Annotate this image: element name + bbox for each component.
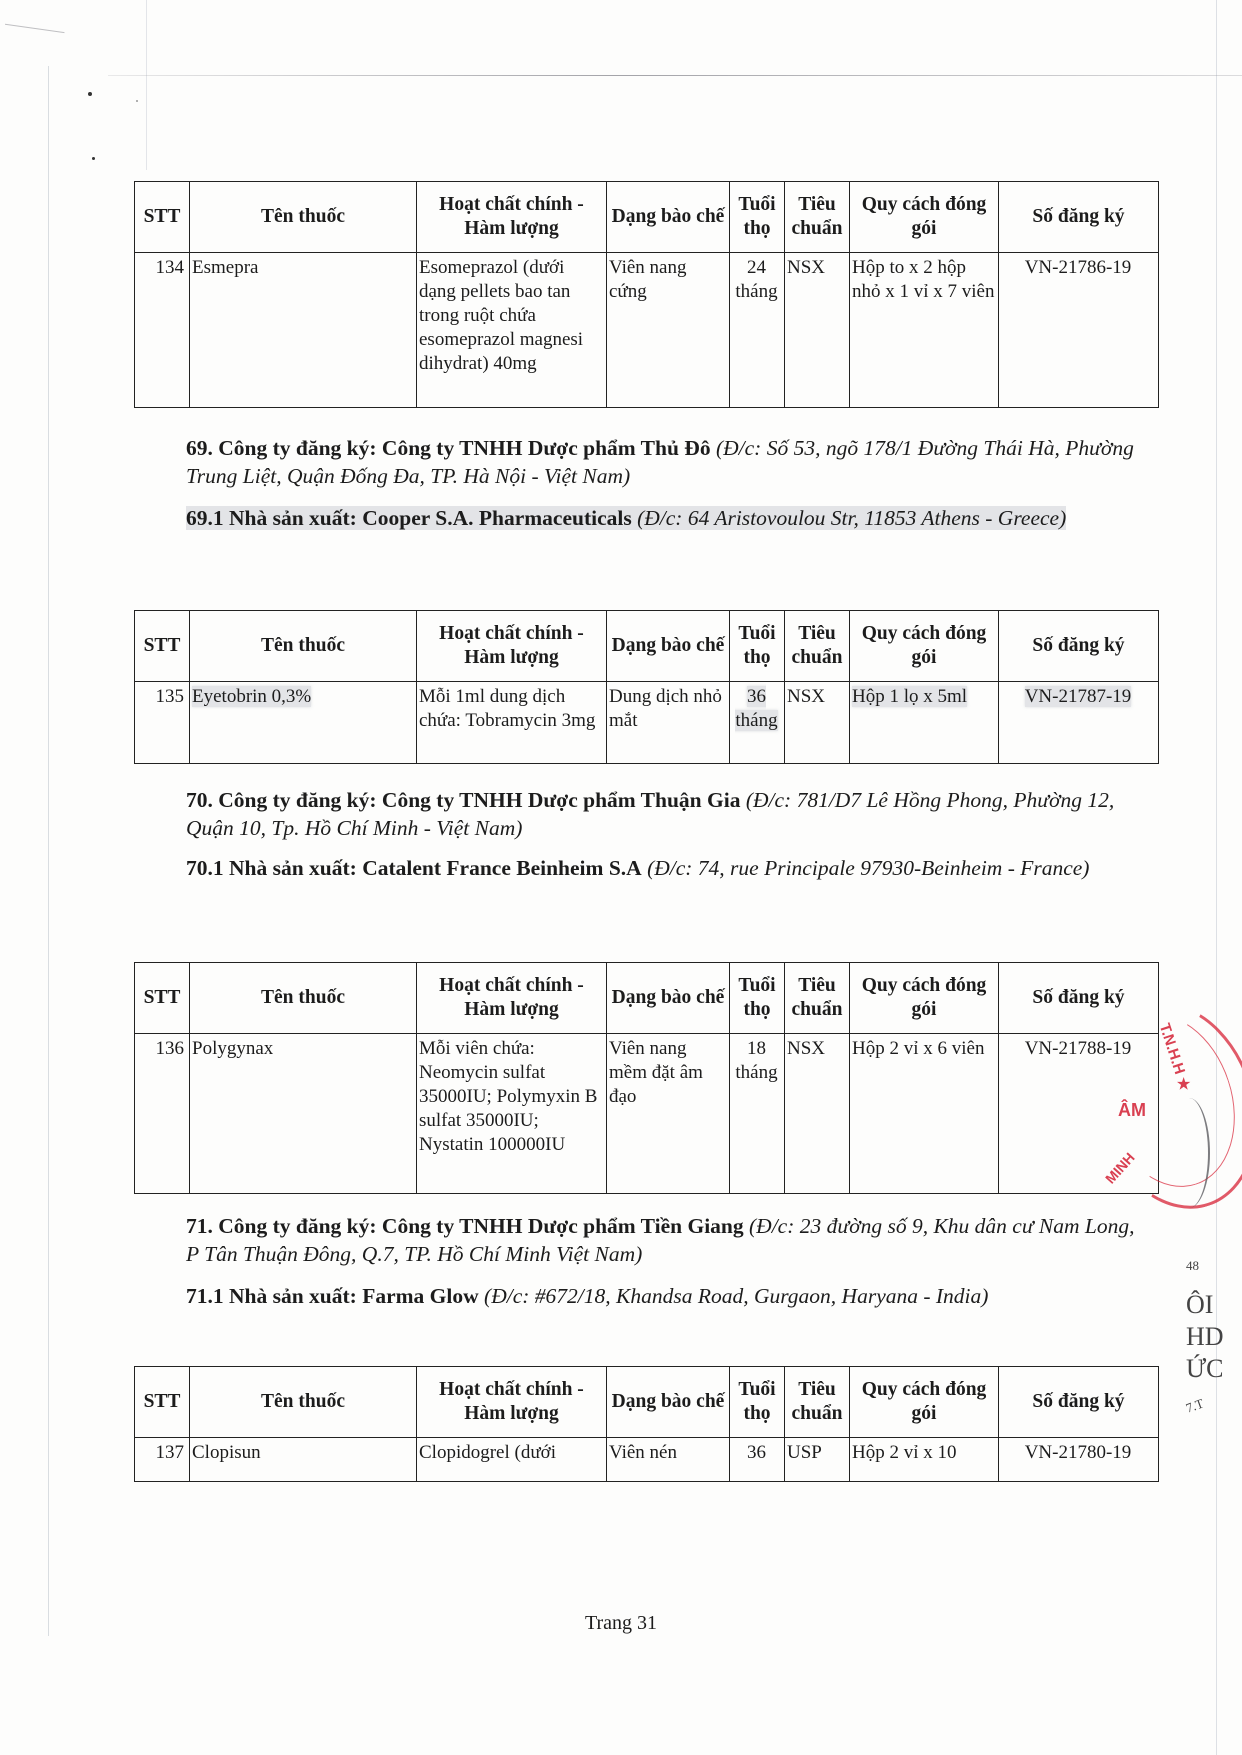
header-shelf-life: Tuổi thọ xyxy=(730,182,785,253)
table-header-row: STT Tên thuốc Hoạt chất chính - Hàm lượn… xyxy=(135,1367,1159,1438)
drug-table-4: STT Tên thuốc Hoạt chất chính - Hàm lượn… xyxy=(134,1366,1159,1482)
cell-shelf-life: 24 tháng xyxy=(730,253,785,408)
cell-stt: 134 xyxy=(135,253,190,408)
header-name: Tên thuốc xyxy=(190,1367,417,1438)
header-form: Dạng bào chế xyxy=(607,963,730,1034)
section-70-manufacturer: 70.1 Nhà sản xuất: Catalent France Beinh… xyxy=(186,854,1146,882)
scan-right-rule xyxy=(1216,0,1217,1755)
cell-packaging-text: Hộp 1 lọ x 5ml xyxy=(852,686,967,707)
stamp-text-mid: ÂM xyxy=(1118,1100,1146,1121)
header-shelf-life: Tuổi thọ xyxy=(730,611,785,682)
cell-packaging: Hộp to x 2 hộp nhỏ x 1 vỉ x 7 viên xyxy=(850,253,999,408)
header-active: Hoạt chất chính - Hàm lượng xyxy=(417,611,607,682)
cell-stt: 136 xyxy=(135,1034,190,1194)
header-packaging: Quy cách đóng gói xyxy=(850,611,999,682)
cell-name: Polygynax xyxy=(190,1034,417,1194)
cell-active: Mỗi viên chứa: Neomycin sulfat 35000IU; … xyxy=(417,1034,607,1194)
cell-form: Viên nén xyxy=(607,1438,730,1482)
scan-dot xyxy=(88,92,92,96)
cell-reg-no: VN-21787-19 xyxy=(999,682,1159,764)
header-name: Tên thuốc xyxy=(190,182,417,253)
edge-text-fragment: ÔI xyxy=(1186,1290,1213,1320)
drug-table-1: STT Tên thuốc Hoạt chất chính - Hàm lượn… xyxy=(134,181,1159,408)
cell-stt: 135 xyxy=(135,682,190,764)
scan-dot xyxy=(92,157,95,160)
cell-stt: 137 xyxy=(135,1438,190,1482)
gray-stamp-fragment xyxy=(1168,1098,1210,1208)
cell-active: Clopidogrel (dưới xyxy=(417,1438,607,1482)
header-standard: Tiêu chuẩn xyxy=(785,963,850,1034)
cell-shelf-life: 36 xyxy=(730,1438,785,1482)
cell-name: Clopisun xyxy=(190,1438,417,1482)
company-label: 69. Công ty đăng ký: Công ty TNHH Dược p… xyxy=(186,436,711,460)
header-stt: STT xyxy=(135,963,190,1034)
header-packaging: Quy cách đóng gói xyxy=(850,963,999,1034)
table-header-row: STT Tên thuốc Hoạt chất chính - Hàm lượn… xyxy=(135,963,1159,1034)
manufacturer-address: (Đ/c: #672/18, Khandsa Road, Gurgaon, Ha… xyxy=(484,1284,988,1308)
cell-standard: NSX xyxy=(785,682,850,764)
cell-reg-no-text: VN-21787-19 xyxy=(1025,686,1132,707)
header-standard: Tiêu chuẩn xyxy=(785,611,850,682)
header-reg-no: Số đăng ký xyxy=(999,182,1159,253)
header-standard: Tiêu chuẩn xyxy=(785,182,850,253)
scan-corner-mark xyxy=(5,6,67,33)
drug-table-3: STT Tên thuốc Hoạt chất chính - Hàm lượn… xyxy=(134,962,1159,1194)
header-active: Hoạt chất chính - Hàm lượng xyxy=(417,963,607,1034)
header-form: Dạng bào chế xyxy=(607,611,730,682)
scan-dot xyxy=(136,100,138,102)
company-label: 71. Công ty đăng ký: Công ty TNHH Dược p… xyxy=(186,1214,744,1238)
header-reg-no: Số đăng ký xyxy=(999,611,1159,682)
cell-form: Viên nang cứng xyxy=(607,253,730,408)
scan-left-rule xyxy=(48,66,49,1636)
edge-text-fragment: 48 xyxy=(1186,1258,1199,1274)
header-packaging: Quy cách đóng gói xyxy=(850,1367,999,1438)
cell-active: Mỗi 1ml dung dịch chứa: Tobramycin 3mg xyxy=(417,682,607,764)
manufacturer-address: (Đ/c: 64 Aristovoulou Str, 11853 Athens … xyxy=(637,506,1066,530)
cell-active: Esomeprazol (dưới dạng pellets bao tan t… xyxy=(417,253,607,408)
table-row: 135 Eyetobrin 0,3% Mỗi 1ml dung dịch chứ… xyxy=(135,682,1159,764)
section-71-company: 71. Công ty đăng ký: Công ty TNHH Dược p… xyxy=(186,1212,1146,1268)
cell-shelf-life-text: 36 tháng xyxy=(735,686,777,731)
table-row: 134 Esmepra Esomeprazol (dưới dạng pelle… xyxy=(135,253,1159,408)
section-69-company: 69. Công ty đăng ký: Công ty TNHH Dược p… xyxy=(186,434,1146,490)
manufacturer-label: 71.1 Nhà sản xuất: Farma Glow xyxy=(186,1284,479,1308)
header-shelf-life: Tuổi thọ xyxy=(730,963,785,1034)
cell-name-text: Eyetobrin 0,3% xyxy=(192,686,311,707)
cell-name: Eyetobrin 0,3% xyxy=(190,682,417,764)
cell-form: Dung dịch nhỏ mắt xyxy=(607,682,730,764)
header-reg-no: Số đăng ký xyxy=(999,1367,1159,1438)
cell-standard: NSX xyxy=(785,1034,850,1194)
manufacturer-label: 69.1 Nhà sản xuất: Cooper S.A. Pharmaceu… xyxy=(186,506,632,530)
edge-text-fragment: HD xyxy=(1186,1322,1224,1352)
table-header-row: STT Tên thuốc Hoạt chất chính - Hàm lượn… xyxy=(135,611,1159,682)
scan-top-rule xyxy=(108,75,1242,76)
cell-standard: USP xyxy=(785,1438,850,1482)
header-active: Hoạt chất chính - Hàm lượng xyxy=(417,182,607,253)
cell-packaging: Hộp 1 lọ x 5ml xyxy=(850,682,999,764)
table-header-row: STT Tên thuốc Hoạt chất chính - Hàm lượn… xyxy=(135,182,1159,253)
cell-name: Esmepra xyxy=(190,253,417,408)
scan-left-rule-short xyxy=(146,0,147,170)
header-packaging: Quy cách đóng gói xyxy=(850,182,999,253)
cell-form: Viên nang mềm đặt âm đạo xyxy=(607,1034,730,1194)
company-label: 70. Công ty đăng ký: Công ty TNHH Dược p… xyxy=(186,788,740,812)
manufacturer-label: 70.1 Nhà sản xuất: Catalent France Beinh… xyxy=(186,856,642,880)
cell-packaging: Hộp 2 vỉ x 10 xyxy=(850,1438,999,1482)
drug-table-2: STT Tên thuốc Hoạt chất chính - Hàm lượn… xyxy=(134,610,1159,764)
cell-shelf-life: 36 tháng xyxy=(730,682,785,764)
header-stt: STT xyxy=(135,611,190,682)
header-shelf-life: Tuổi thọ xyxy=(730,1367,785,1438)
table-row: 137 Clopisun Clopidogrel (dưới Viên nén … xyxy=(135,1438,1159,1482)
header-stt: STT xyxy=(135,182,190,253)
header-form: Dạng bào chế xyxy=(607,182,730,253)
edge-text-fragment: 7.T xyxy=(1184,1395,1206,1416)
header-form: Dạng bào chế xyxy=(607,1367,730,1438)
section-70-company: 70. Công ty đăng ký: Công ty TNHH Dược p… xyxy=(186,786,1146,842)
cell-reg-no: VN-21786-19 xyxy=(999,253,1159,408)
header-name: Tên thuốc xyxy=(190,963,417,1034)
cell-packaging: Hộp 2 vỉ x 6 viên xyxy=(850,1034,999,1194)
section-71-manufacturer: 71.1 Nhà sản xuất: Farma Glow (Đ/c: #672… xyxy=(186,1282,1146,1310)
cell-shelf-life: 18 tháng xyxy=(730,1034,785,1194)
manufacturer-address: (Đ/c: 74, rue Principale 97930-Beinheim … xyxy=(647,856,1089,880)
header-active: Hoạt chất chính - Hàm lượng xyxy=(417,1367,607,1438)
table-row: 136 Polygynax Mỗi viên chứa: Neomycin su… xyxy=(135,1034,1159,1194)
header-stt: STT xyxy=(135,1367,190,1438)
edge-text-fragment: ỨC xyxy=(1186,1354,1224,1384)
section-69-manufacturer: 69.1 Nhà sản xuất: Cooper S.A. Pharmaceu… xyxy=(186,504,1146,532)
header-standard: Tiêu chuẩn xyxy=(785,1367,850,1438)
header-name: Tên thuốc xyxy=(190,611,417,682)
page-number: Trang 31 xyxy=(0,1612,1242,1635)
cell-standard: NSX xyxy=(785,253,850,408)
cell-reg-no: VN-21780-19 xyxy=(999,1438,1159,1482)
